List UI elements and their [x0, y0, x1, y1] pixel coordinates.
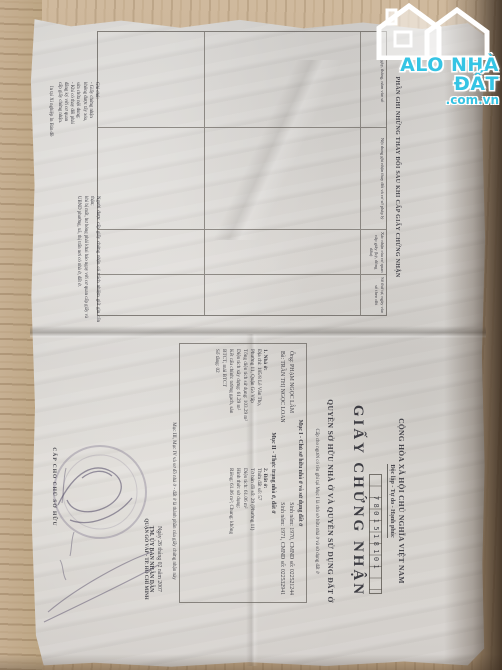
section2-heading: Mục II - Thực trạng nhà ở, đất ở	[270, 344, 276, 602]
note-line: đăng ký với cơ quan	[62, 82, 68, 174]
print-house-note: In tại Xí nghiệp In Bản đồ	[48, 86, 53, 136]
table-cell	[98, 32, 204, 128]
authority-line1: TM. ỦY BAN NHÂN DÂN	[148, 493, 154, 625]
double-house-icon	[375, 2, 493, 60]
national-motto: Độc lập - Tự do - Hạnh phúc	[387, 334, 395, 668]
land-field: Hình thức sử dụng:	[234, 468, 241, 597]
sections-reference-note: Mục III, Mục IV và sơ đồ nhà ở - đất ở l…	[171, 334, 176, 668]
back-page-instructions: Người được cấp giấy chứng nhận có trách …	[75, 196, 100, 322]
note-line: cấp giấy chứng nhận.	[55, 82, 61, 174]
house-field: Địa chỉ: 185/8 Lê Văn Thọ,	[255, 349, 262, 468]
owner-copy-line: CẤP CHO CHỦ SỞ HỮU	[51, 362, 57, 612]
table-cell	[204, 32, 360, 128]
table-header-content: Nội dung ghi nhận thay đổi và cơ sở pháp…	[360, 128, 386, 230]
note-line: sửa chữa nội dung;	[74, 82, 80, 174]
house-field: Phường 11, Quận Gò Vấp	[248, 349, 255, 468]
land-field: Riêng: 61.06 m²; Chung: không	[227, 468, 234, 597]
changes-table: Ngày, tháng, năm vào sổ Nội dung ghi nhậ…	[97, 31, 387, 316]
owner2-info: Sinh năm: 1971, CMND số: 022532941	[279, 502, 285, 595]
owner1-info: Sinh năm: 1970, CMND số: 022521244	[288, 502, 294, 595]
house-field: Diện tích xây dựng: 61.29 m²	[234, 349, 241, 468]
section1-heading: Mục I - Chủ sở hữu nhà ở và sử dụng đất …	[297, 344, 303, 602]
certificate-subtitle: QUYỀN SỞ HỮU NHÀ Ở VÀ QUYỀN SỬ DỤNG ĐẤT …	[326, 334, 335, 668]
owner1-name: Ông: PHẠM NGỌC LÂM	[288, 351, 294, 413]
table-header-confirm: Xác nhận của cơ quan cấp giấy (ký, đóng …	[360, 230, 386, 275]
house-field: Số tầng: 02	[213, 349, 220, 468]
owner2-row: Bà: TRẦN THỊ NGỌC LOAN Sinh năm: 1971, C…	[279, 344, 285, 602]
table-cell	[204, 230, 360, 275]
authority-line2: QUẬN GÒ VẤP - TP. HỒ CHÍ MINH	[143, 493, 148, 625]
table-cell	[98, 275, 204, 315]
issue-statement: Cấp cho người có tên ghi tại Mục I là ch…	[314, 334, 319, 668]
table-cell	[204, 128, 360, 230]
watermark-domain-text: .com.vn	[357, 94, 499, 108]
certificate-front-page: CỘNG HÒA XÃ HỘI CHỦ NGHĨA VIỆT NAM Độc l…	[38, 334, 486, 668]
land-field: Thửa đất số: 57	[255, 468, 262, 597]
house-field: BTCT, mái BTCT	[220, 349, 227, 468]
motto-text: Độc lập - Tự do - Hạnh phúc	[387, 464, 395, 537]
house-column: 1. Nhà ở: Địa chỉ: 185/8 Lê Văn Thọ, Phư…	[213, 349, 268, 468]
note-line: - Khi có thay đổi phải	[68, 82, 74, 174]
table-cell	[98, 128, 204, 230]
signature-block: Ngày 26 tháng 02 năm 2007 TM. ỦY BAN NHÂ…	[143, 493, 162, 625]
table-cell	[98, 230, 204, 275]
house-heading: 1. Nhà ở:	[262, 349, 268, 468]
property-columns: 1. Nhà ở: Địa chỉ: 185/8 Lê Văn Thọ, Phư…	[213, 344, 268, 602]
note-line: khi bị mất, hư hỏng phải khai báo ngay v…	[81, 196, 87, 322]
note-line: không được tẩy xóa,	[80, 82, 86, 174]
note-line: Ghi chú:	[93, 82, 99, 174]
owner1-row: Ông: PHẠM NGỌC LÂM Sinh năm: 1970, CMND …	[288, 344, 294, 602]
certificate-title: GIẤY CHỨNG NHẬN	[349, 334, 366, 668]
bottom-edge-shadow	[0, 654, 502, 670]
land-heading: 2. Đất ở:	[262, 468, 268, 597]
owner2-name: Bà: TRẦN THỊ NGỌC LOAN	[279, 351, 285, 423]
watermark-logo: ALO NHÀ ĐẤT .com.vn	[357, 2, 499, 108]
note-line: - Giấy chứng nhận	[87, 82, 93, 174]
land-field: Diện tích: 61.06 m²	[241, 468, 248, 597]
house-field: Kết cấu chính: tường gạch, sàn	[227, 349, 234, 468]
watermark-brand-text: ALO NHÀ ĐẤT	[357, 56, 499, 94]
note-line: Người được cấp giấy chứng nhận có trách …	[88, 196, 100, 322]
issue-date: Ngày 26 tháng 02 năm 2007	[156, 493, 162, 625]
land-field: Tờ bản đồ số: 29 (Phường 11)	[248, 468, 255, 597]
table-header-register: Số thứ tự, ngày vào sổ theo dõi	[360, 275, 386, 315]
national-header: CỘNG HÒA XÃ HỘI CHỦ NGHĨA VIỆT NAM	[397, 334, 406, 668]
owner-and-property-box: Mục I - Chủ sở hữu nhà ở và sử dụng đất …	[179, 343, 307, 603]
house-field: Tổng diện tích sử dụng: 103.29 m²	[241, 349, 248, 468]
back-page-notes: Ghi chú: - Giấy chứng nhận không được tẩ…	[55, 82, 99, 174]
land-column: 2. Đất ở: Thửa đất số: 57 Tờ bản đồ số: …	[213, 468, 268, 597]
certificate-serial-number: 7801518101	[369, 474, 382, 594]
table-cell	[204, 275, 360, 315]
